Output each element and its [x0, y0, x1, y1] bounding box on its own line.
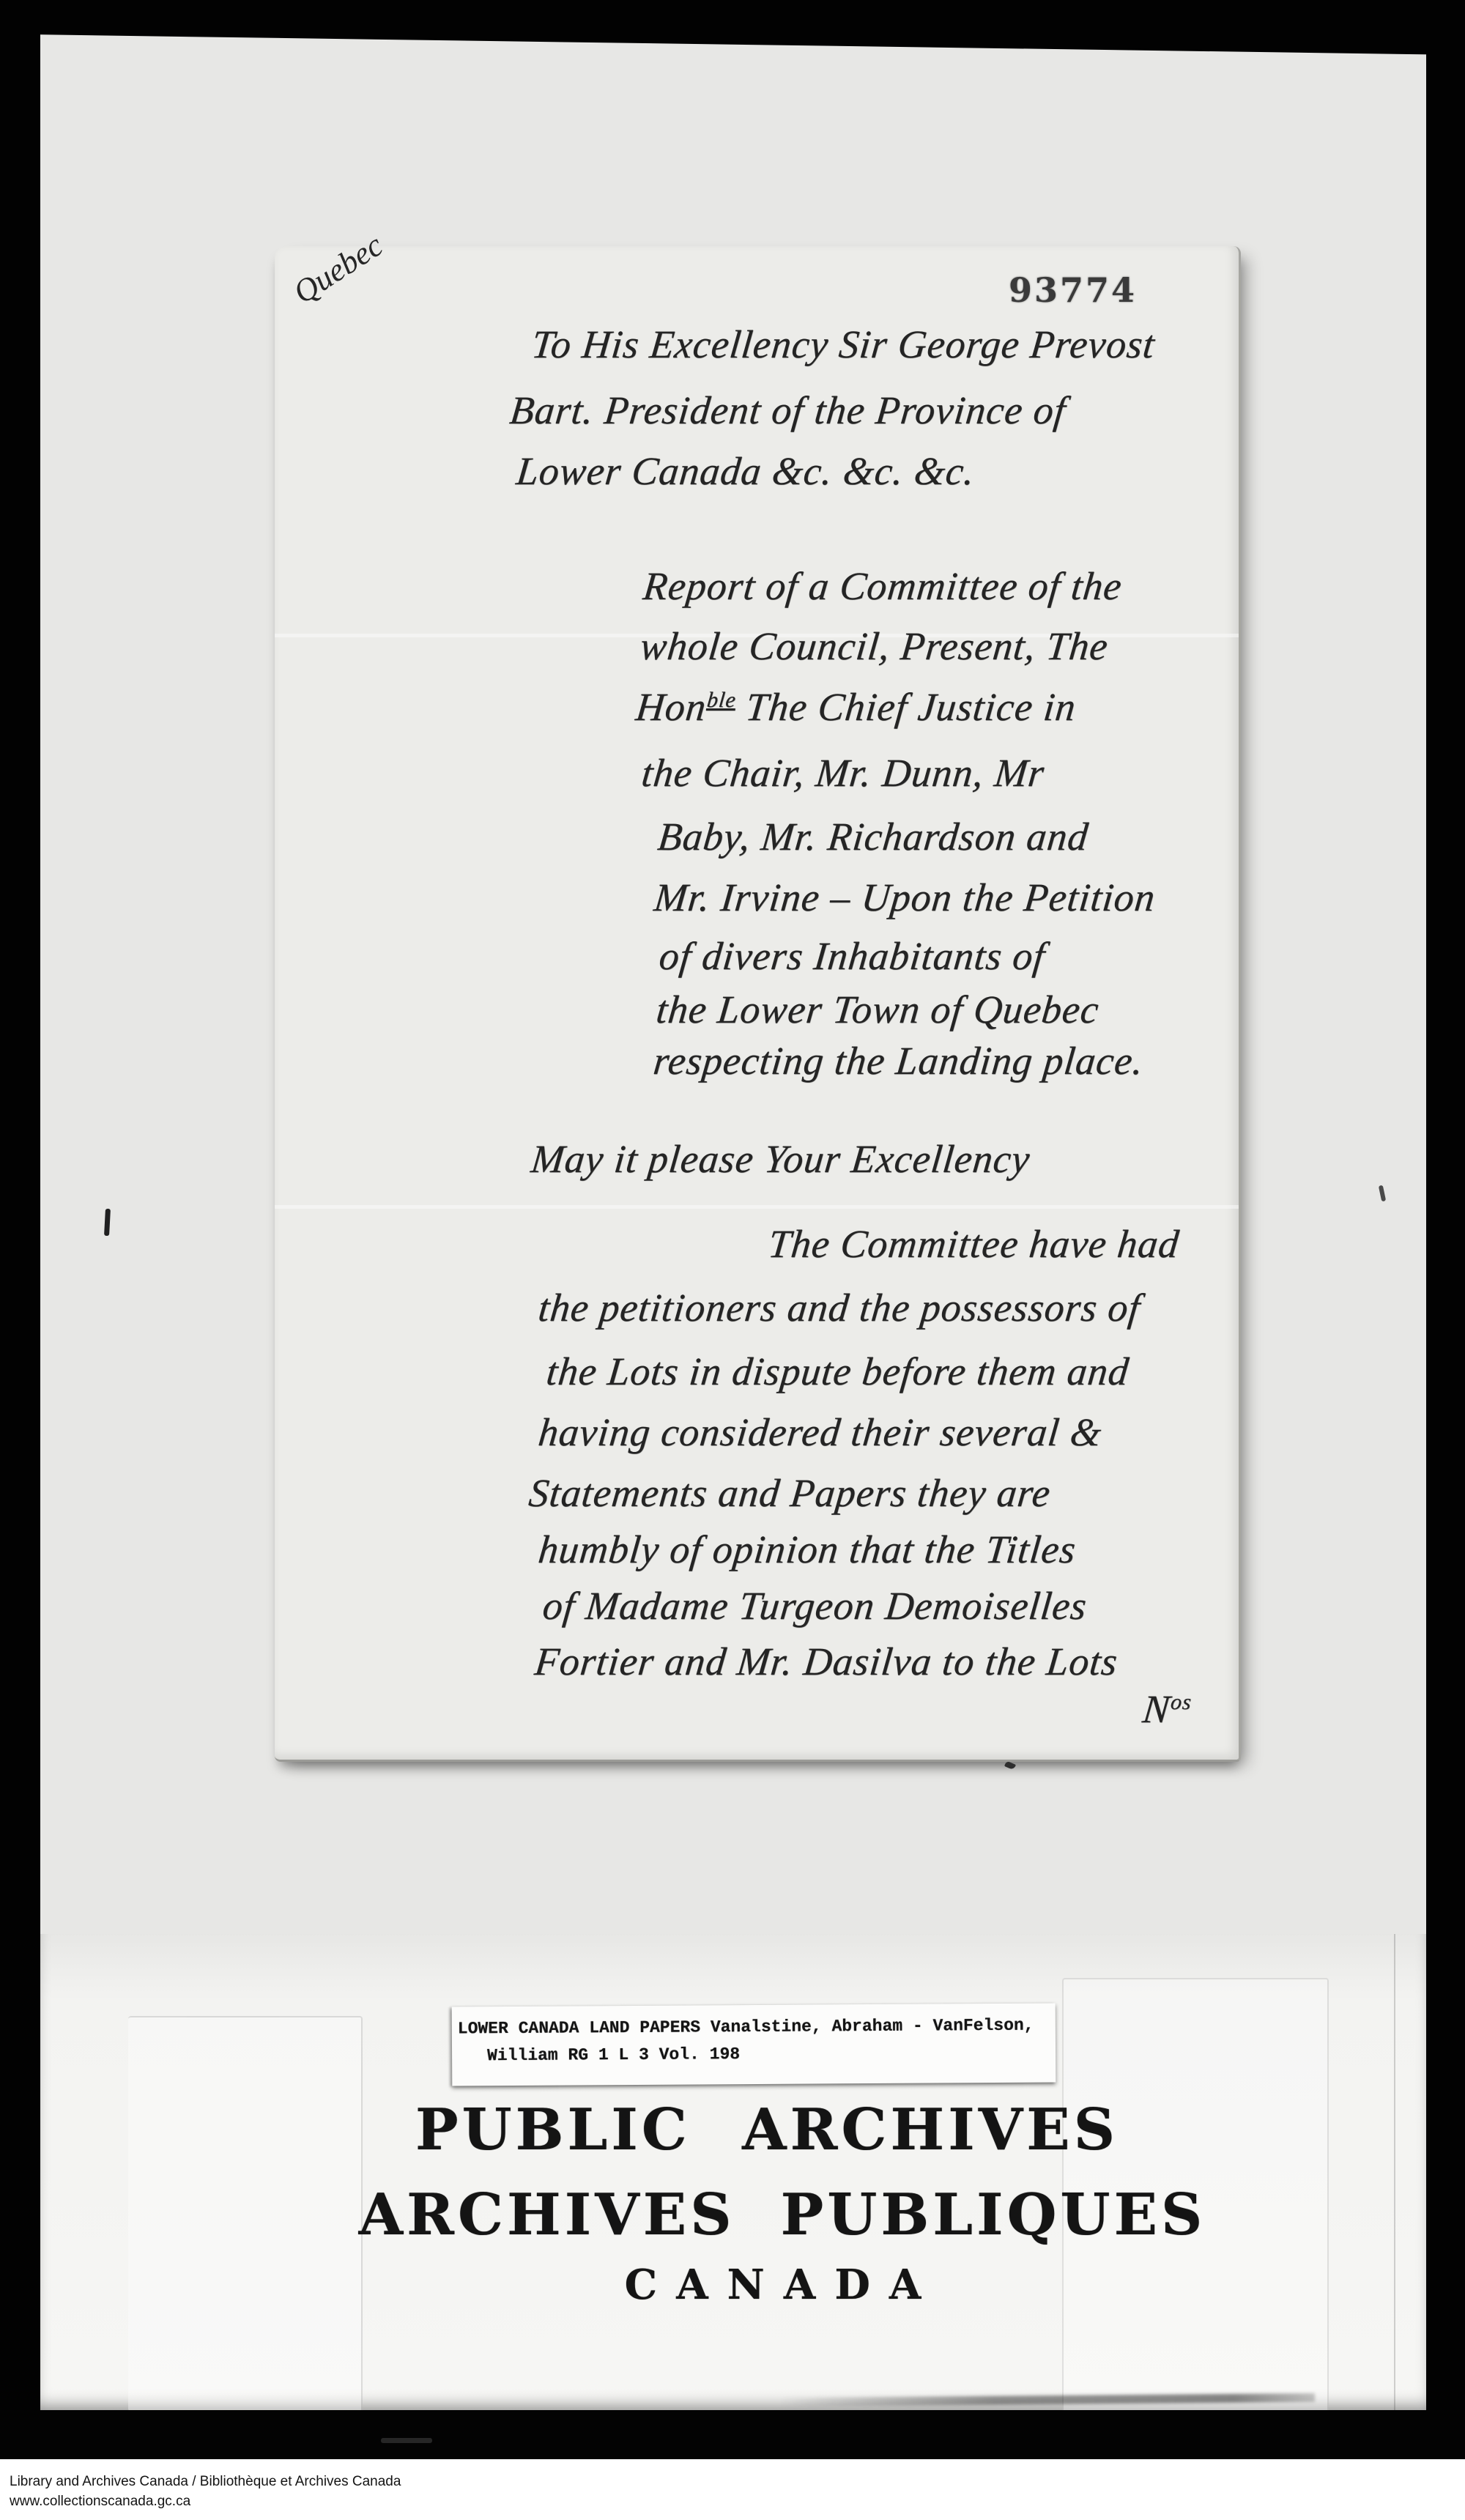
handwriting-line: having considered their several & [536, 1409, 1104, 1455]
superscript-text: ble [706, 688, 738, 712]
handwriting-text: Hon [634, 685, 708, 729]
handwriting-line: Fortier and Mr. Dasilva to the Lots [533, 1639, 1120, 1684]
handwriting-line: of Madame Turgeon Demoiselles [541, 1583, 1089, 1628]
handwriting-line: Mr. Irvine – Upon the Petition [652, 875, 1157, 920]
reference-label-line: William RG 1 L 3 Vol. 198 [458, 2039, 1056, 2069]
reference-label-line: LOWER CANADA LAND PAPERS Vanalstine, Abr… [458, 2012, 1056, 2042]
stamp-canada: CANADA [89, 2261, 1465, 2309]
film-scratch-mark [381, 2438, 432, 2443]
archive-number-stamp: 93774 [1009, 270, 1137, 310]
handwriting-line: the Lots in dispute before them and [544, 1349, 1131, 1394]
reference-label: LOWER CANADA LAND PAPERS Vanalstine, Abr… [452, 2003, 1056, 2086]
footer-attribution: Library and Archives Canada / Bibliothèq… [10, 2474, 401, 2490]
handwriting-line: Statements and Papers they are [527, 1470, 1053, 1516]
handwriting-text: The Chief Justice in [733, 685, 1078, 729]
handwriting-line: the petitioners and the possessors of [536, 1285, 1143, 1330]
handwriting-line: Nos [1141, 1686, 1193, 1732]
handwriting-line: the Chair, Mr. Dunn, Mr [639, 750, 1047, 796]
footer-bar: Library and Archives Canada / Bibliothèq… [0, 2459, 1465, 2520]
handwriting-line: Honble The Chief Justice in [634, 684, 1078, 730]
handwriting-line: Report of a Committee of the [641, 563, 1124, 609]
handwriting-line: the Lower Town of Quebec [654, 987, 1102, 1032]
handwriting-line: May it please Your Excellency [529, 1136, 1032, 1182]
handwriting-line: Bart. President of the Province of [508, 388, 1068, 433]
archive-stamp-area: LOWER CANADA LAND PAPERS Vanalstine, Abr… [40, 1934, 1426, 2410]
footer-url: www.collectionscanada.gc.ca [10, 2494, 190, 2510]
handwriting-line: humbly of opinion that the Titles [536, 1527, 1078, 1572]
manuscript-page: 93774 Quebec To His Excellency Sir Georg… [275, 246, 1241, 1762]
handwriting-line: whole Council, Present, The [638, 623, 1110, 669]
handwriting-line: To His Excellency Sir George Prevost [530, 322, 1157, 367]
handwriting-line: of divers Inhabitants of [657, 933, 1047, 979]
stamp-archives-publiques: ARCHIVES PUBLIQUES [89, 2182, 1465, 2248]
superscript-text: os [1170, 1690, 1193, 1714]
handwriting-line: Lower Canada &c. &c. &c. [514, 448, 977, 494]
film-scan-canvas: 93774 Quebec To His Excellency Sir Georg… [0, 0, 1465, 2520]
handwriting-line: respecting the Landing place. [651, 1038, 1146, 1083]
handwriting-text: N [1141, 1687, 1172, 1731]
page-fold-crease [275, 1205, 1239, 1209]
handwriting-line: Baby, Mr. Richardson and [656, 814, 1091, 859]
stamp-public-archives: PUBLIC ARCHIVES [74, 2097, 1460, 2163]
handwriting-line: The Committee have had [766, 1221, 1182, 1267]
film-scratch-line [1394, 1934, 1395, 2410]
film-bottom-edge [0, 2410, 1465, 2459]
